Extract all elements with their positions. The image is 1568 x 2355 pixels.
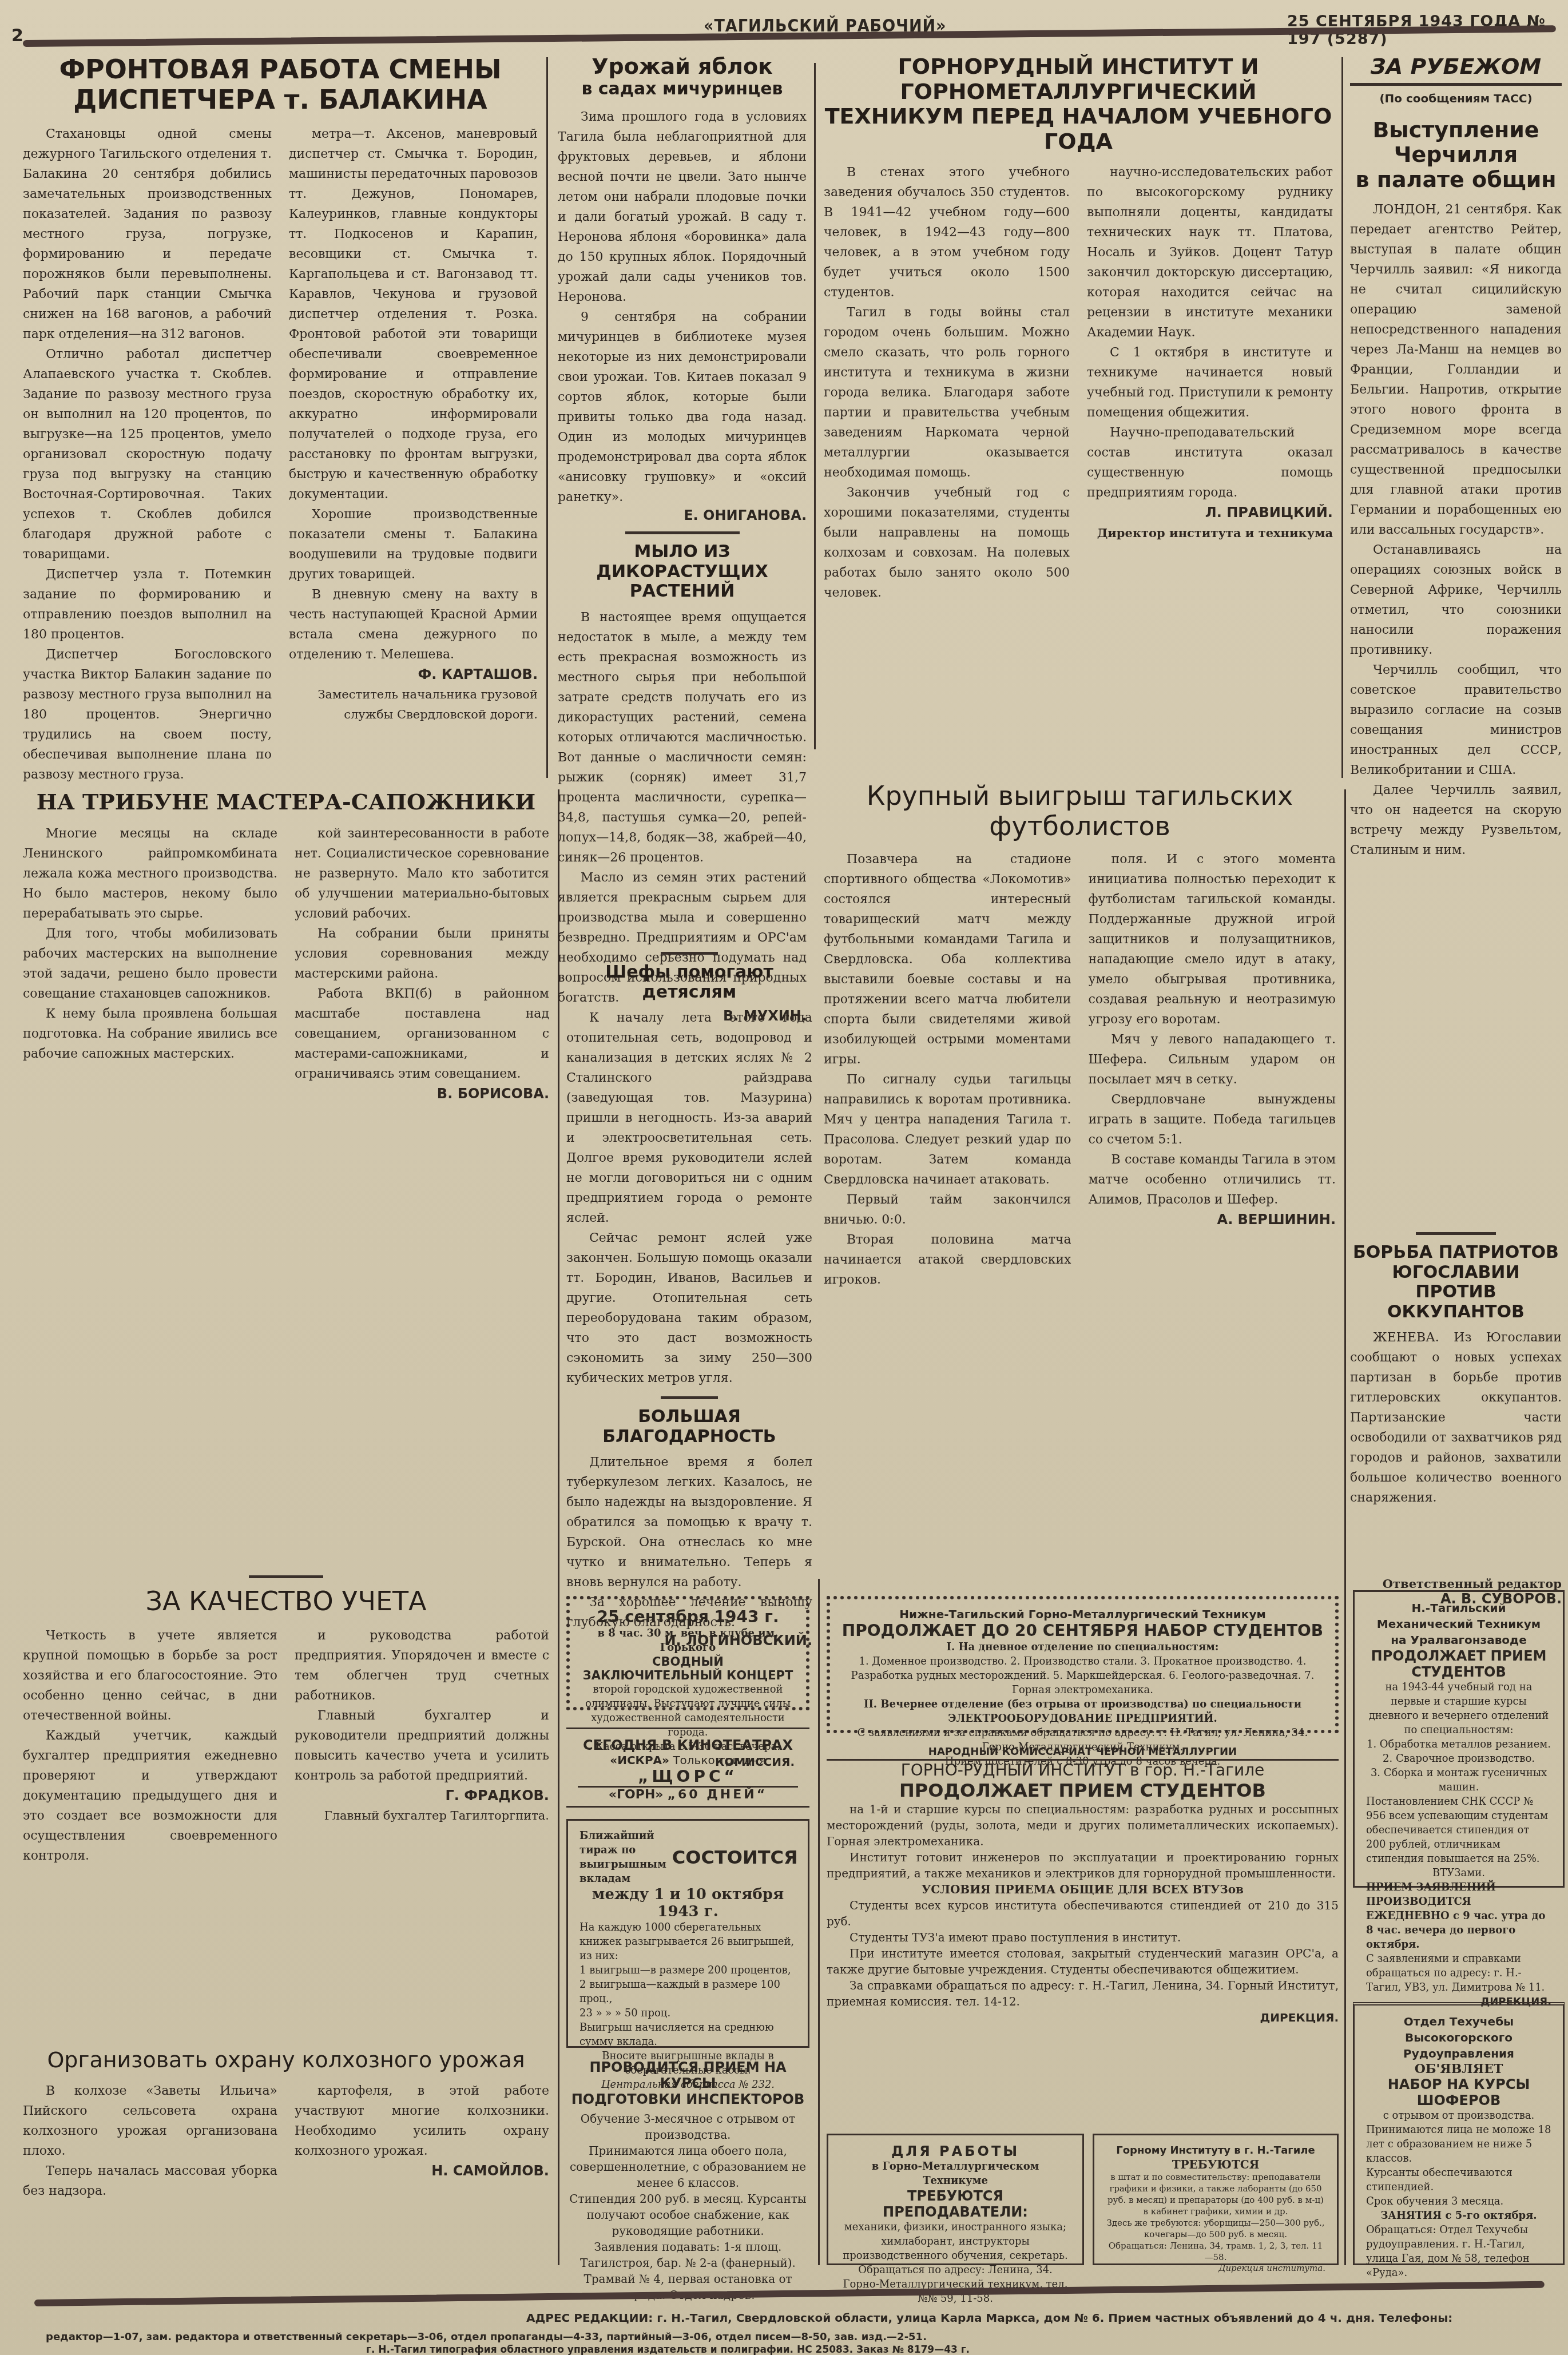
lottery-line: 2 выигрыша—каждый в размере 100 проц., bbox=[579, 1977, 796, 2006]
concert-time-place: в 8 час. 30 м. веч. в клубе им. Горького bbox=[581, 1626, 795, 1655]
paragraph: Каждый учетчик, каждый бухгалтер предпри… bbox=[23, 1726, 277, 1866]
mech-org: Механический Техникум bbox=[1366, 1616, 1551, 1632]
staff-body: в штат и по совместительству: преподават… bbox=[1106, 2171, 1325, 2217]
headline: футболистов bbox=[824, 811, 1336, 841]
paragraph: Главный бухгалтер и руководители предпри… bbox=[295, 1706, 549, 1786]
column-divider bbox=[546, 57, 548, 778]
technikum-title: ПРОДОЛЖАЕТ ДО 20 СЕНТЯБРЯ НАБОР СТУДЕНТО… bbox=[841, 1621, 1324, 1640]
headline: МЫЛО ИЗ ДИКОРАСТУЩИХ РАСТЕНИЙ bbox=[558, 542, 807, 602]
newspaper-page: 2 «ТАГИЛЬСКИЙ РАБОЧИЙ» 25 СЕНТЯБРЯ 1943 … bbox=[0, 0, 1568, 2355]
mining-line: УСЛОВИЯ ПРИЕМА ОБЩИЕ ДЛЯ ВСЕХ ВТУЗов bbox=[827, 1881, 1339, 1897]
author-signature: А. ВЕРШИНИН. bbox=[1089, 1210, 1336, 1230]
paragraph: Мяч у левого нападающего т. Шефера. Силь… bbox=[1089, 1030, 1336, 1090]
footer-phones: редактор—1-07, зам. редактора и ответств… bbox=[46, 2331, 927, 2343]
mining-line: Институт готовит инженеров по эксплуатац… bbox=[827, 1849, 1339, 1881]
staff-title: ТРЕБУЮТСЯ bbox=[1106, 2158, 1325, 2171]
headline: в палате общин bbox=[1350, 168, 1562, 193]
headline: НА ТРИБУНЕ МАСТЕРА-САПОЖНИКИ bbox=[23, 789, 549, 815]
author-signature: Г. ФРАДКОВ. bbox=[295, 1786, 549, 1806]
staff-contact: Обращаться: Ленина, 34, трамв. 1, 2, 3, … bbox=[1106, 2240, 1325, 2263]
paragraph: ЖЕНЕВА. Из Югославии сообщают о новых ус… bbox=[1350, 1328, 1562, 1508]
article-column: Позавчера на стадионе спортивного общест… bbox=[824, 849, 1071, 1290]
mech-line: С заявлениями и справками обращаться по … bbox=[1366, 1952, 1551, 1995]
section-title: ЗА РУБЕЖОМ bbox=[1350, 54, 1562, 86]
mining-sign: ДИРЕКЦИЯ. bbox=[827, 2010, 1339, 2026]
headline: ЗА КАЧЕСТВО УЧЕТА bbox=[23, 1586, 549, 1617]
article-balakin: ФРОНТОВАЯ РАБОТА СМЕНЫ ДИСПЕТЧЕРА т. БАЛ… bbox=[23, 54, 538, 785]
mining-title: ПРОДОЛЖАЕТ ПРИЕМ СТУДЕНТОВ bbox=[827, 1780, 1339, 1801]
mech-line: на 1943-44 учебный год на первые и старш… bbox=[1366, 1680, 1551, 1737]
cinema-film: „60 ДНЕЙ“ bbox=[668, 1788, 768, 1802]
article-column: кой заинтересованности в работе нет. Соц… bbox=[295, 824, 549, 1104]
teachers-org: в Горно-Металлургическом Техникуме bbox=[840, 2159, 1071, 2188]
paragraph: С 1 октября в институте и техникуме начи… bbox=[1087, 343, 1333, 423]
technikum-evening-spec: ЭЛЕКТРООБОРУДОВАНИЕ ПРЕДПРИЯТИЙ. bbox=[841, 1711, 1324, 1726]
paragraph: В колхозе «Заветы Ильича» Пийского сельс… bbox=[23, 2081, 277, 2161]
lottery-date: между 1 и 10 октября 1943 г. bbox=[579, 1886, 796, 1920]
drivers-line: Принимаются лица не моложе 18 лет с обра… bbox=[1366, 2123, 1551, 2166]
footer-address: АДРЕС РЕДАКЦИИ: г. Н.-Тагил, Свердловско… bbox=[526, 2311, 1452, 2325]
article-column: Многие месяцы на складе Ленинского райпр… bbox=[23, 824, 277, 1104]
technikum-day-header: I. На дневное отделение по специальностя… bbox=[841, 1640, 1324, 1654]
mining-org: ГОРНО-РУДНЫЙ ИНСТИТУТ в гор. Н.-Тагиле bbox=[827, 1761, 1339, 1780]
paragraph: ЛОНДОН, 21 сентября. Как передает агентс… bbox=[1350, 200, 1562, 540]
section-abroad: ЗА РУБЕЖОМ (По сообщениям ТАСС) Выступле… bbox=[1350, 54, 1562, 860]
teachers-body: механики, физики, иностранного языка; хи… bbox=[840, 2220, 1071, 2263]
concert-date: 25 сентября 1943 г. bbox=[581, 1607, 795, 1626]
section-source: (По сообщениям ТАСС) bbox=[1350, 90, 1562, 106]
mining-line: При институте имеется столовая, закрытый… bbox=[827, 1945, 1339, 1977]
paragraph: В стенах этого учебного заведения обучал… bbox=[824, 162, 1070, 303]
paragraph: К началу лета этого года отопительная се… bbox=[566, 1008, 812, 1228]
lottery-big: СОСТОИТСЯ bbox=[672, 1846, 798, 1868]
author-signature: Е. ОНИГАНОВА. bbox=[558, 507, 807, 523]
lottery-line: 1 выигрыш—в размере 200 процентов, bbox=[579, 1963, 796, 1977]
paragraph: Теперь началась массовая уборка без надз… bbox=[23, 2161, 277, 2201]
lottery-lead: Ближайший тираж по выигрышным вкладам bbox=[579, 1829, 666, 1886]
paragraph: Свердловчане вынуждены играть в защите. … bbox=[1089, 1090, 1336, 1150]
staff-title: Горному Институту в г. Н.-Тагиле bbox=[1106, 2143, 1325, 2158]
separator bbox=[661, 952, 718, 955]
staff-also: Здесь же требуются: уборщицы—250—300 руб… bbox=[1106, 2217, 1325, 2240]
paragraph: На собрании были приняты условия соревно… bbox=[295, 924, 549, 984]
teachers-title: ТРЕБУЮТСЯ ПРЕПОДАВАТЕЛИ: bbox=[840, 2188, 1071, 2220]
separator bbox=[661, 1396, 718, 1399]
article-institute: ГОРНОРУДНЫЙ ИНСТИТУТ И ГОРНОМЕТАЛЛУРГИЧЕ… bbox=[824, 54, 1333, 603]
paragraph: Длительное время я болел туберкулезом ле… bbox=[566, 1452, 812, 1592]
paragraph: К нему была проявлена большая подготовка… bbox=[23, 1004, 277, 1064]
paragraph: 9 сентября на собрании мичуринцев в библ… bbox=[558, 307, 807, 507]
paragraph: метра—т. Аксенов, маневровый диспетчер с… bbox=[289, 124, 538, 505]
article-column: Стахановцы одной смены дежурного Тагильс… bbox=[23, 124, 272, 785]
article-column: поля. И с этого момента инициатива полно… bbox=[1089, 849, 1336, 1290]
paragraph: Многие месяцы на складе Ленинского райпр… bbox=[23, 824, 277, 924]
page-number: 2 bbox=[11, 26, 23, 46]
paragraph: Зима прошлого года в условиях Тагила был… bbox=[558, 107, 807, 307]
paragraph: По сигналу судьи тагильцы направились к … bbox=[824, 1070, 1071, 1190]
cinema-film: „ЩОРС“ bbox=[578, 1767, 798, 1786]
paragraph: Отлично работал диспетчер Алапаевского у… bbox=[23, 344, 272, 565]
teachers-contact: Обращаться по адресу: Ленина, 34. Горно-… bbox=[840, 2263, 1071, 2306]
headline: ДИСПЕТЧЕРА т. БАЛАКИНА bbox=[23, 85, 538, 115]
inspectors-title: ПРОВОДИТСЯ ПРИЕМ НА КУРСЫ bbox=[566, 2059, 809, 2091]
separator bbox=[625, 531, 740, 534]
staff-sign: Дирекция института. bbox=[1106, 2263, 1325, 2273]
headline: ФРОНТОВАЯ РАБОТА СМЕНЫ bbox=[23, 54, 538, 85]
ad-inspectors: ПРОВОДИТСЯ ПРИЕМ НА КУРСЫ ПОДГОТОВКИ ИНС… bbox=[566, 2059, 809, 2303]
column-divider bbox=[1344, 789, 1346, 2265]
paragraph: Черчилль сообщил, что советское правител… bbox=[1350, 660, 1562, 780]
drivers-line: Срок обучения 3 месяца. bbox=[1366, 2194, 1551, 2209]
separator bbox=[1416, 1232, 1496, 1235]
cinema-note: Только три дня bbox=[673, 1753, 765, 1767]
paragraph: В составе команды Тагила в этом матче ос… bbox=[1089, 1150, 1336, 1210]
teachers-title: ДЛЯ РАБОТЫ bbox=[840, 2143, 1071, 2159]
article-column: В стенах этого учебного заведения обучал… bbox=[824, 162, 1070, 603]
drivers-line: Обращаться: Отдел Техучебы рудоуправлени… bbox=[1366, 2223, 1551, 2280]
column-divider bbox=[818, 1579, 820, 2265]
cinema-title: СЕГОДНЯ В КИНОТЕАТРАХ bbox=[578, 1737, 798, 1753]
footer-printer: г. Н.-Тагил типография областного управл… bbox=[366, 2344, 970, 2355]
paragraph: Далее Черчилль заявил, что он надеется н… bbox=[1350, 780, 1562, 860]
mech-line: 2. Сварочное производство. bbox=[1366, 1752, 1551, 1766]
headline: Крупный выигрыш тагильских bbox=[824, 781, 1336, 811]
inspectors-line: Обучение 3-месячное с отрывом от произво… bbox=[566, 2111, 809, 2143]
mining-commissariat: НАРОДНЫЙ КОМИССАРИАТ ЧЕРНОЙ МЕТАЛЛУРГИИ bbox=[827, 1745, 1339, 1761]
mining-line: на 1-й и старшие курсы по специальностям… bbox=[827, 1801, 1339, 1849]
mech-title: ПРОДОЛЖАЕТ ПРИЕМ СТУДЕНТОВ bbox=[1366, 1648, 1551, 1680]
paragraph: Останавливаясь на операциях союзных войс… bbox=[1350, 540, 1562, 660]
mech-line: ВТУЗами. bbox=[1366, 1866, 1551, 1880]
author-role: Заместитель начальника грузовой службы С… bbox=[289, 685, 538, 725]
article-column: научно-исследовательских работ по высоко… bbox=[1087, 162, 1333, 603]
cinema-venue: «ИСКРА» bbox=[610, 1753, 669, 1767]
drivers-line: с отрывом от производства. bbox=[1366, 2108, 1551, 2123]
mech-line: 1. Обработка металлов резанием. bbox=[1366, 1737, 1551, 1752]
author-signature: Ф. КАРТАШОВ. bbox=[289, 665, 538, 685]
drivers-org: Отдел Техучебы bbox=[1366, 2014, 1551, 2030]
paragraph: Первый тайм закончился вничью. 0:0. bbox=[824, 1190, 1071, 1230]
article-column: В колхозе «Заветы Ильича» Пийского сельс… bbox=[23, 2081, 277, 2201]
lottery-line: Выигрыш начисляется на среднюю сумму вкл… bbox=[579, 2020, 796, 2049]
ad-teachers: ДЛЯ РАБОТЫ в Горно-Металлургическом Техн… bbox=[827, 2134, 1084, 2265]
headline: ПРОТИВ ОККУПАНТОВ bbox=[1350, 1282, 1562, 1322]
article-column: картофеля, в этой работе участвуют многи… bbox=[295, 2081, 549, 2201]
author-signature: В. БОРИСОВА. bbox=[295, 1084, 549, 1104]
column-divider bbox=[1341, 57, 1343, 778]
ad-mining-institute: НАРОДНЫЙ КОМИССАРИАТ ЧЕРНОЙ МЕТАЛЛУРГИИ … bbox=[827, 1745, 1339, 2026]
paragraph: Вторая половина матча начинается атакой … bbox=[824, 1230, 1071, 1290]
mining-line: Студенты ТУЗ'а имеют право поступления в… bbox=[827, 1929, 1339, 1945]
mining-line: Студенты всех курсов института обеспечив… bbox=[827, 1897, 1339, 1929]
headline: Шефы помогают детяслям bbox=[566, 963, 812, 1002]
lottery-line: На каждую 1000 сберегательных книжек раз… bbox=[579, 1920, 796, 1963]
paragraph: Работа ВКП(б) в районном масштабе постав… bbox=[295, 984, 549, 1084]
paragraph: Сейчас ремонт яслей уже закончен. Большу… bbox=[566, 1228, 812, 1388]
paragraph: Для того, чтобы мобилизовать рабочих мас… bbox=[23, 924, 277, 1004]
paragraph: Диспетчер Богословского участка Виктор Б… bbox=[23, 645, 272, 785]
separator bbox=[249, 1575, 323, 1578]
drivers-line: ЗАНЯТИЯ с 5-го октября. bbox=[1366, 2209, 1551, 2223]
article-yugoslavia: БОРЬБА ПАТРИОТОВ ЮГОСЛАВИИ ПРОТИВ ОККУПА… bbox=[1350, 1224, 1562, 1607]
article-harvest: Организовать охрану колхозного урожая В … bbox=[23, 2048, 549, 2201]
headline: Организовать охрану колхозного урожая bbox=[23, 2048, 549, 2073]
headline: в садах мичуринцев bbox=[558, 80, 807, 100]
technikum-day-list: 1. Доменное производство. 2. Производств… bbox=[841, 1654, 1324, 1697]
inspectors-line: Стипендия 200 руб. в месяц. Курсанты пол… bbox=[566, 2191, 809, 2239]
ad-mining-staff: Горному Институту в г. Н.-Тагиле ТРЕБУЮТ… bbox=[1093, 2134, 1339, 2265]
paragraph: Четкость в учете является крупной помощь… bbox=[23, 1626, 277, 1726]
author-role: Главный бухгалтер Тагилторгпита. bbox=[295, 1806, 549, 1826]
column-divider bbox=[814, 63, 816, 749]
headline: ТЕХНИКУМ ПЕРЕД НАЧАЛОМ УЧЕБНОГО ГОДА bbox=[824, 104, 1333, 154]
lottery-line: 23 » » » 50 проц. bbox=[579, 2006, 796, 2020]
paragraph: В дневную смену на вахту в честь наступа… bbox=[289, 585, 538, 665]
ad-technikum: Нижне-Тагильский Горно-Металлургический … bbox=[827, 1596, 1339, 1733]
paragraph: научно-исследовательских работ по высоко… bbox=[1087, 162, 1333, 343]
paragraph: Хорошие производственные показатели смен… bbox=[289, 505, 538, 585]
paragraph: и руководства работой предприятия. Упоря… bbox=[295, 1626, 549, 1706]
headline: Выступление Черчилля bbox=[1350, 118, 1562, 168]
cinema-venue: «ГОРН» bbox=[609, 1788, 664, 1802]
author-signature: Н. САМОЙЛОВ. bbox=[295, 2161, 549, 2181]
drivers-org: Высокогорского Рудоуправления bbox=[1366, 2030, 1551, 2062]
ad-cinema: СЕГОДНЯ В КИНОТЕАТРАХ «ИСКРА» Только три… bbox=[566, 1727, 809, 1808]
headline: БОРЬБА ПАТРИОТОВ ЮГОСЛАВИИ bbox=[1350, 1243, 1562, 1282]
paragraph: Закончив учебный год с хорошими показате… bbox=[824, 483, 1070, 603]
article-column: метра—т. Аксенов, маневровый диспетчер с… bbox=[289, 124, 538, 785]
drivers-announce: ОБ'ЯВЛЯЕТ bbox=[1366, 2062, 1551, 2076]
technikum-org: Нижне-Тагильский Горно-Металлургический … bbox=[841, 1607, 1324, 1621]
mech-org: Н.-Тагильский bbox=[1366, 1600, 1551, 1616]
mech-line: ПРИЕМ ЗАЯВЛЕНИЙ ПРОИЗВОДИТСЯ ЕЖЕДНЕВНО с… bbox=[1366, 1880, 1551, 1952]
article-apples: Урожай яблок в садах мичуринцев Зима про… bbox=[558, 54, 807, 1024]
ad-drivers: Отдел Техучебы Высокогорского Рудоуправл… bbox=[1353, 2002, 1565, 2265]
mech-org: на Уралвагонзаводе bbox=[1366, 1632, 1551, 1648]
paragraph: поля. И с этого момента инициатива полно… bbox=[1089, 849, 1336, 1030]
article-football: Крупный выигрыш тагильских футболистов П… bbox=[824, 781, 1336, 1290]
paragraph: кой заинтересованности в работе нет. Соц… bbox=[295, 824, 549, 924]
article-column: и руководства работой предприятия. Упоря… bbox=[295, 1626, 549, 1866]
mech-line: Постановлением СНК СССР № 956 всем успев… bbox=[1366, 1794, 1551, 1866]
concert-title: СВОДНЫЙ ЗАКЛЮЧИТЕЛЬНЫЙ КОНЦЕРТ bbox=[581, 1655, 795, 1682]
article-nursery: Шефы помогают детяслям К началу лета это… bbox=[566, 944, 812, 1649]
paragraph: Диспетчер узла т. Потемкин задание по фо… bbox=[23, 565, 272, 645]
technikum-evening-header: II. Вечернее отделение (без отрыва от пр… bbox=[841, 1697, 1324, 1711]
drivers-title: НАБОР НА КУРСЫ ШОФЕРОВ bbox=[1366, 2076, 1551, 2108]
paragraph: В настоящее время ощущается недостаток в… bbox=[558, 607, 807, 868]
paragraph: Научно-преподавательский состав институт… bbox=[1087, 423, 1333, 503]
drivers-line: Курсанты обеспечиваются стипендией. bbox=[1366, 2166, 1551, 2194]
article-accounting: ЗА КАЧЕСТВО УЧЕТА Четкость в учете являе… bbox=[23, 1567, 549, 1866]
article-cobblers: НА ТРИБУНЕ МАСТЕРА-САПОЖНИКИ Многие меся… bbox=[23, 789, 549, 1104]
inspectors-line: Принимаются лица обоего пола, совершенно… bbox=[566, 2143, 809, 2191]
editor-role: Ответственный редактор bbox=[1350, 1576, 1562, 1591]
paragraph: Тагил в годы войны стал городом очень бо… bbox=[824, 303, 1070, 483]
headline: Урожай яблок bbox=[558, 54, 807, 80]
mech-line: 3. Сборка и монтаж гусеничных машин. bbox=[1366, 1766, 1551, 1794]
author-signature: Л. ПРАВИЦКИЙ. bbox=[1087, 503, 1333, 523]
author-role: Директор института и техникума bbox=[1087, 523, 1333, 543]
paragraph: Стахановцы одной смены дежурного Тагильс… bbox=[23, 124, 272, 344]
paragraph: Позавчера на стадионе спортивного общест… bbox=[824, 849, 1071, 1070]
headline: ГОРНОРУДНЫЙ ИНСТИТУТ И ГОРНОМЕТАЛЛУРГИЧЕ… bbox=[824, 54, 1333, 104]
ad-mech-technikum: Н.-Тагильский Механический Техникум на У… bbox=[1353, 1590, 1565, 1888]
ad-concert: 25 сентября 1943 г. в 8 час. 30 м. веч. … bbox=[566, 1596, 809, 1710]
headline: БОЛЬШАЯ БЛАГОДАРНОСТЬ bbox=[566, 1407, 812, 1447]
paragraph: картофеля, в этой работе участвуют многи… bbox=[295, 2081, 549, 2161]
mining-line: За справками обращаться по адресу: г. Н.… bbox=[827, 1977, 1339, 2010]
ad-lottery: Ближайший тираж по выигрышным вкладам СО… bbox=[566, 1819, 809, 2048]
article-column: Четкость в учете является крупной помощь… bbox=[23, 1626, 277, 1866]
inspectors-title: ПОДГОТОВКИ ИНСПЕКТОРОВ bbox=[566, 2091, 809, 2107]
